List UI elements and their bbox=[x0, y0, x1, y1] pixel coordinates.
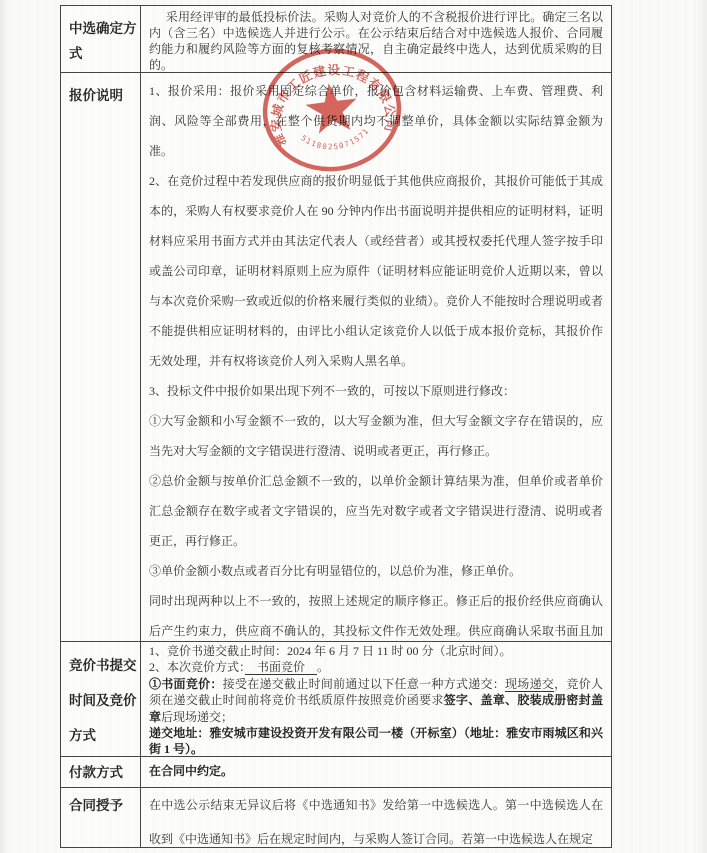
paragraph: ③单价金额小数点或者百分比有明显错位的，以总价为准，修正单价。 bbox=[149, 556, 603, 586]
row-label-submission-time-method: 竞价书提交时间及竞价方式 bbox=[61, 642, 141, 756]
row-label-selection-method: 中选确定方式 bbox=[61, 6, 141, 72]
paragraph: ①大写金额和小写金额不一致的，以大写金额为准，但大写金额文字存在错误的，应当先对… bbox=[149, 406, 603, 466]
table-row: 付款方式 在合同中约定。 bbox=[61, 756, 611, 787]
paragraph: 采用经评审的最低投标价法。采购人对竞价人的不含税报价进行评比。确定三名以内（含三… bbox=[149, 9, 603, 72]
paragraph: 在合同中约定。 bbox=[149, 762, 603, 780]
table-row: 中选确定方式 采用经评审的最低投标价法。采购人对竞价人的不含税报价进行评比。确定… bbox=[61, 6, 611, 72]
row-content-contract-award: 在中选公示结束无异议后将《中选通知书》发给第一中选候选人。第一中选候选人在收到《… bbox=[141, 788, 611, 847]
underlined-onsite-delivery: 现场递交 bbox=[505, 677, 554, 691]
paragraph: 3、投标文件中报价如果出现下列不一致的，可按以下原则进行修改： bbox=[149, 376, 603, 406]
paragraph: 在中选公示结束无异议后将《中选通知书》发给第一中选候选人。第一中选候选人在收到《… bbox=[149, 788, 603, 847]
paragraph: 同时出现两种以上不一致的，按照上述规定的顺序修正。修正后的报价经供应商确认后产生… bbox=[149, 586, 603, 641]
paragraph: ①书面竞价：接受在递交截止时间前通过以下任意一种方式递交：现场递交，竞价人须在递… bbox=[149, 676, 603, 725]
delivery-address: 递交地址：雅安城市建设投资开发有限公司一楼（开标室）（地址：雅安市雨城区和兴街 … bbox=[149, 725, 603, 756]
paragraph: 2、本次竞价方式： 书面竞价 。 bbox=[149, 659, 603, 675]
text-segment: 。 bbox=[317, 660, 329, 674]
underlined-bid-method-value: 书面竞价 bbox=[245, 660, 317, 674]
row-content-submission-time-method: 1、竞价书递交截止时间：2024 年 6 月 7 日 11 时 00 分（北京时… bbox=[141, 642, 611, 756]
row-label-quotation-notes: 报价说明 bbox=[61, 73, 141, 641]
paragraph: 2、在竞价过程中若发现供应商的报价明显低于其他供应商报价，其报价可能低于其成本的… bbox=[149, 166, 603, 376]
document-table: 中选确定方式 采用经评审的最低投标价法。采购人对竞价人的不含税报价进行评比。确定… bbox=[60, 5, 612, 848]
text-segment: 接受在递交截止时间前通过以下任意一种方式递交： bbox=[223, 677, 505, 691]
paragraph: 1、报价采用：报价采用固定综合单价，报价包含材料运输费、上车费、管理费、利润、风… bbox=[149, 76, 603, 166]
scanned-document-page: { "document": { "rows": [ { "label": "中选… bbox=[0, 0, 707, 853]
row-content-payment-method: 在合同中约定。 bbox=[141, 757, 611, 787]
table-row: 合同授予 在中选公示结束无异议后将《中选通知书》发给第一中选候选人。第一中选候选… bbox=[61, 787, 611, 847]
table-row: 报价说明 1、报价采用：报价采用固定综合单价，报价包含材料运输费、上车费、管理费… bbox=[61, 72, 611, 641]
row-label-payment-method: 付款方式 bbox=[61, 757, 141, 787]
table-row: 竞价书提交时间及竞价方式 1、竞价书递交截止时间：2024 年 6 月 7 日 … bbox=[61, 641, 611, 756]
text-segment: 2、本次竞价方式： bbox=[149, 660, 245, 674]
row-content-selection-method: 采用经评审的最低投标价法。采购人对竞价人的不含税报价进行评比。确定三名以内（含三… bbox=[141, 6, 611, 72]
paragraph: ②总价金额与按单价汇总金额不一致的，以单价金额计算结果为准，但单价或者单价汇总金… bbox=[149, 466, 603, 556]
bold-segment: ①书面竞价： bbox=[149, 677, 223, 691]
paragraph: 1、竞价书递交截止时间：2024 年 6 月 7 日 11 时 00 分（北京时… bbox=[149, 643, 603, 659]
row-label-contract-award: 合同授予 bbox=[61, 788, 141, 847]
text-segment: 后现场递交； bbox=[161, 710, 233, 724]
row-content-quotation-notes: 1、报价采用：报价采用固定综合单价，报价包含材料运输费、上车费、管理费、利润、风… bbox=[141, 73, 611, 641]
